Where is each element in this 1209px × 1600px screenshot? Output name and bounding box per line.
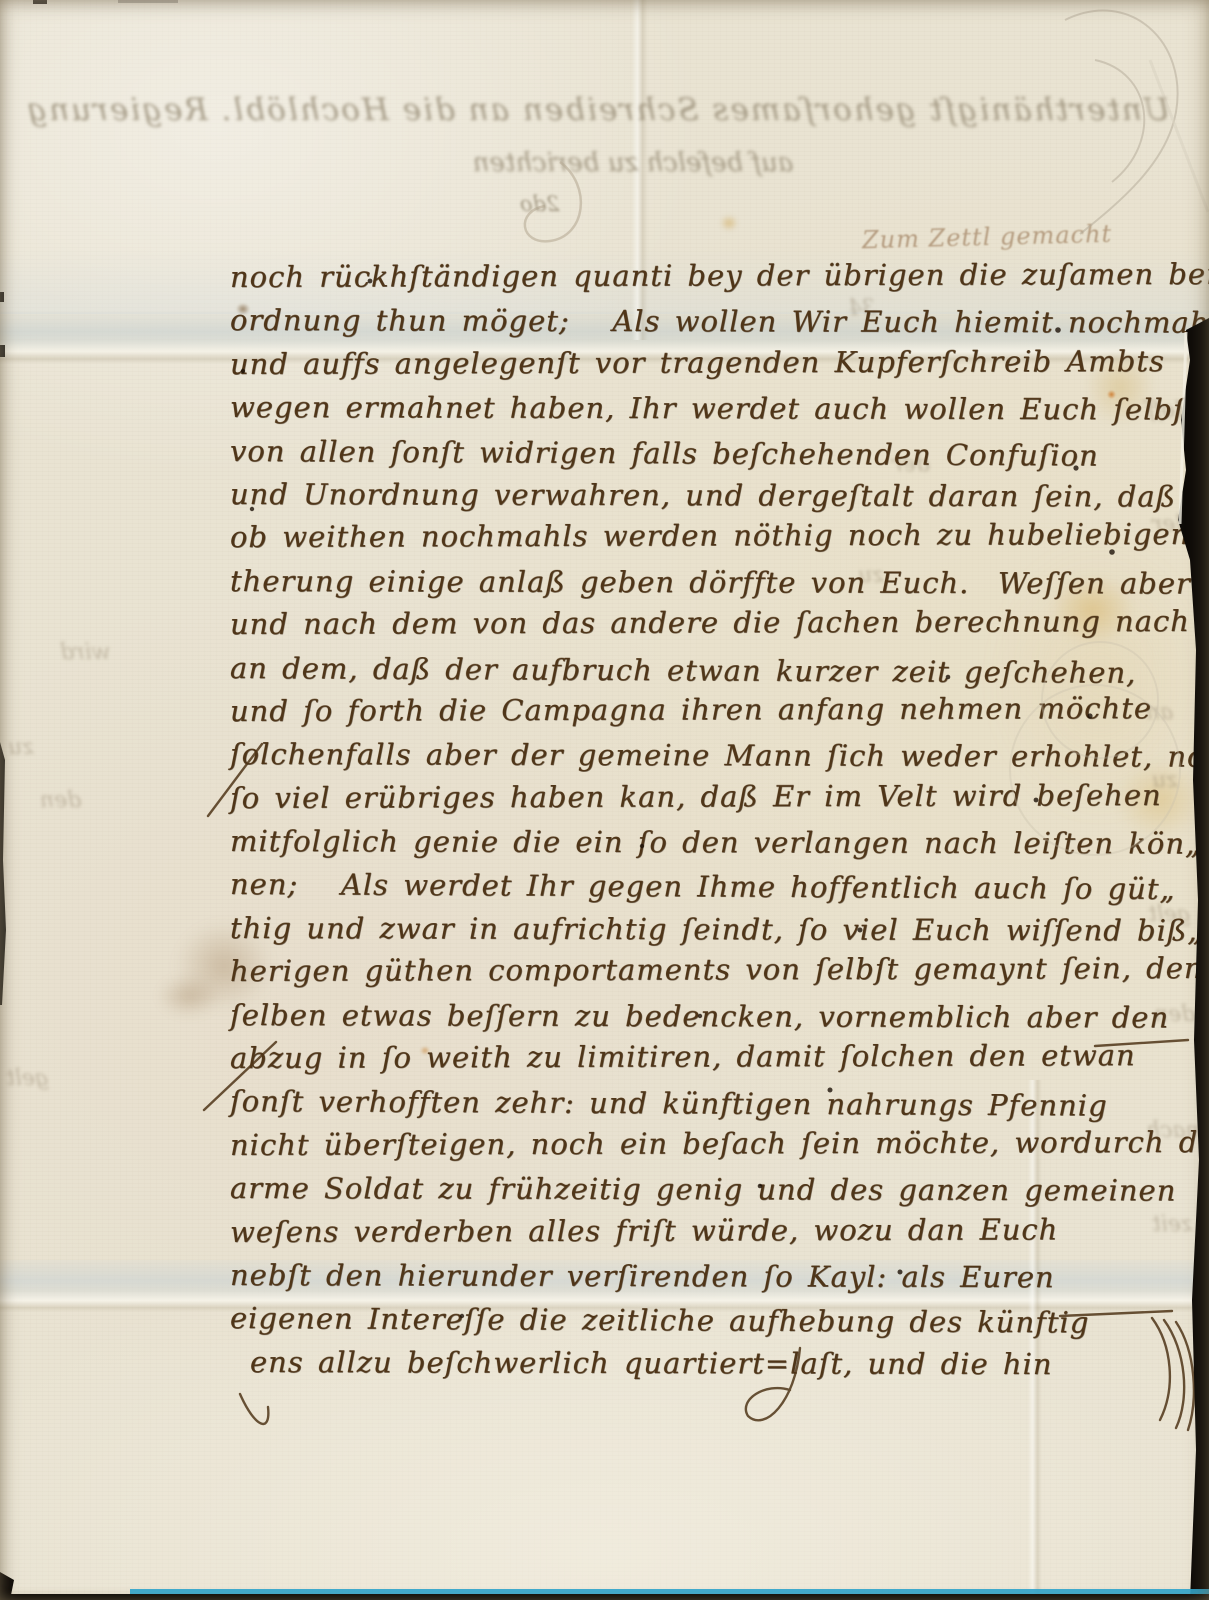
- handwritten-line: nebſt den hierunder verſirenden ſo Kayl:…: [230, 1254, 1190, 1300]
- handwritten-line: ob weithen nochmahls werden nöthig noch …: [230, 513, 1190, 559]
- handwritten-line: ordnung thun möget; Als wollen Wir Euch …: [230, 299, 1190, 345]
- bleedthrough-fragment: gelt: [6, 1066, 49, 1091]
- letter-page: Unterthänigſt gehorſames Schreiben an di…: [0, 0, 1209, 1600]
- bleedthrough-address-line1: Unterthänigſt gehorſames Schreiben an di…: [140, 92, 1170, 128]
- handwritten-line: mitfolglich genie die ein ſo den verlang…: [230, 820, 1190, 866]
- scan-edge-bottom: [0, 1572, 1209, 1600]
- handwritten-line: eigenen Intereſſe die zeitliche aufhebun…: [230, 1297, 1190, 1345]
- scanner-blue-line: [130, 1589, 1209, 1595]
- handwritten-line: ſo viel erübriges haben kan, daß Er im V…: [230, 774, 1190, 820]
- bleedthrough-curl: [525, 162, 581, 241]
- handwritten-line: und ſo forth die Campagna ihren anfang n…: [230, 687, 1190, 733]
- handwritten-line: ſelben etwas beſſern zu bedencken, vorne…: [230, 994, 1190, 1040]
- handwritten-line: wegen ermahnet haben, Ihr werdet auch wo…: [230, 386, 1190, 432]
- handwritten-line: nen; Als werdet Ihr gegen Ihme hoffentli…: [230, 863, 1190, 911]
- handwritten-line: abzug in ſo weith zu limitiren, damit ſo…: [230, 1034, 1190, 1080]
- scan-edge-top: [33, 0, 178, 4]
- handwritten-line: ſolchenfalls aber der gemeine Mann ſich …: [230, 733, 1190, 779]
- bleedthrough-fragment: wird: [60, 640, 110, 665]
- bleedthrough-address-line2: auf befelch zu berichten: [468, 148, 798, 178]
- handwritten-line: therung einige anlaß geben dörffte von E…: [230, 560, 1190, 606]
- handwritten-line: nicht überſteigen, noch ein beſach ſein …: [230, 1121, 1190, 1167]
- handwritten-line: noch rückhſtändigen quanti bey der übrig…: [230, 253, 1190, 299]
- watermark-flourish: [1065, 11, 1208, 234]
- bleedthrough-fragment: den: [40, 788, 81, 813]
- handwritten-line: herigen güthen comportaments von ſelbſt …: [230, 947, 1190, 993]
- bleedthrough-marginal-mark: 2do: [520, 192, 559, 216]
- handwritten-line: und auffs angelegenſt vor tragenden Kupf…: [230, 340, 1190, 386]
- handwritten-line: und nach dem von das andere die ſachen b…: [230, 600, 1190, 646]
- handwritten-line: arme Soldat zu frühzeitig genig und des …: [230, 1167, 1190, 1213]
- faded-docket-note: Zum Zettl gemacht: [862, 218, 1193, 255]
- paper-stain: [158, 975, 220, 1017]
- scan-edge-left: [0, 292, 6, 1005]
- handwritten-text-block: noch rückhſtändigen quanti bey der übrig…: [230, 256, 1190, 1384]
- handwritten-line: ens allzu beſchwerlich quartiert=laſt, u…: [250, 1341, 1190, 1387]
- paper-stain: [720, 215, 738, 231]
- bleedthrough-fragment: zu: [8, 735, 34, 760]
- handwritten-line: weſens verderben alles friſt würde, wozu…: [230, 1208, 1190, 1254]
- handwritten-line: und Unordnung verwahren, und dergeſtalt …: [230, 473, 1190, 519]
- handwritten-line: von allen ſonſt widrigen falls beſchehen…: [230, 430, 1190, 478]
- handwritten-line: thig und zwar in aufrichtig ſeindt, ſo v…: [230, 907, 1190, 953]
